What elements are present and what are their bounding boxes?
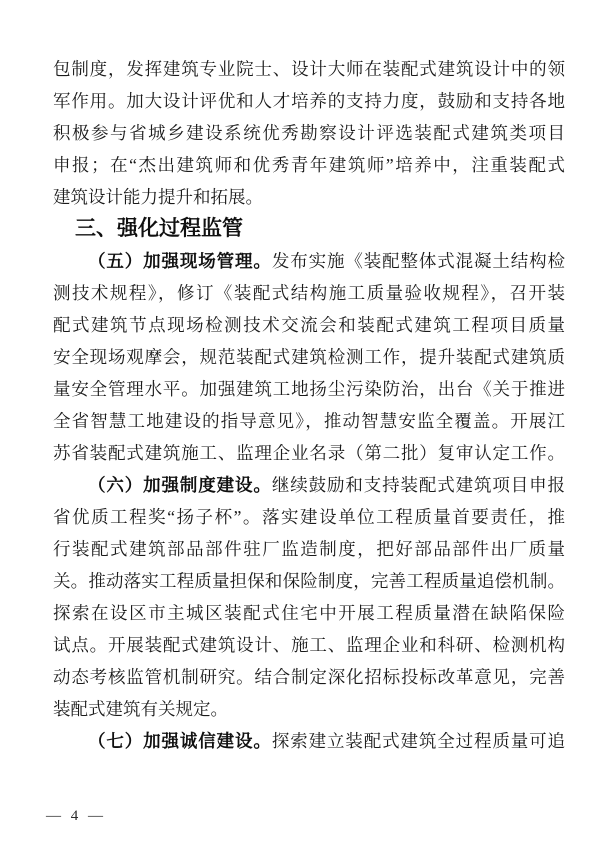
body-text: 军作用。加大设计评优和人才培养的支持力度，鼓励和支持各地 [53, 91, 565, 111]
body-text: 装配式建筑有关规定。 [53, 699, 228, 719]
body-text: 包制度，发挥建筑专业院士、设计大师在装配式建筑设计中的领 [53, 59, 565, 79]
text-line: （五）加强现场管理。发布实施《装配整体式混凝土结构检 [53, 245, 565, 277]
section-heading: 三、强化过程监管 [53, 213, 565, 245]
text-line: 关。推动落实工程质量担保和保险制度，完善工程质量追偿机制。 [53, 565, 565, 597]
body-text: 配式建筑节点现场检测技术交流会和装配式建筑工程项目质量 [53, 315, 565, 335]
text-line: 量安全管理水平。加强建筑工地扬尘污染防治，出台《关于推进 [53, 373, 565, 405]
paragraph-lead-text: 三、强化过程监管 [75, 217, 243, 240]
body-text: 安全现场观摩会，规范装配式建筑检测工作，提升装配式建筑质 [53, 347, 565, 367]
body-text: 申报；在“杰出建筑师和优秀青年建筑师”培养中，注重装配式 [53, 155, 565, 175]
body-text: 全省智慧工地建设的指导意见》，推动智慧安监全覆盖。开展江 [53, 411, 565, 431]
text-line: 积极参与省城乡建设系统优秀勘察设计评选装配式建筑类项目 [53, 117, 565, 149]
text-line: 建筑设计能力提升和拓展。 [53, 181, 565, 213]
text-line: 全省智慧工地建设的指导意见》，推动智慧安监全覆盖。开展江 [53, 405, 565, 437]
text-line: 军作用。加大设计评优和人才培养的支持力度，鼓励和支持各地 [53, 85, 565, 117]
body-text: 继续鼓励和支持装配式建筑项目申报 [272, 475, 565, 495]
paragraph-lead-text: （六）加强制度建设。 [88, 475, 272, 495]
body-text: 省优质工程奖“扬子杯”。落实建设单位工程质量首要责任，推 [53, 507, 565, 527]
body-text: 行装配式建筑部品部件驻厂监造制度，把好部品部件出厂质量 [53, 539, 565, 559]
body-text: 探索在设区市主城区装配式住宅中开展工程质量潜在缺陷保险 [53, 603, 565, 623]
document-body: 包制度，发挥建筑专业院士、设计大师在装配式建筑设计中的领军作用。加大设计评优和人… [53, 53, 565, 757]
text-line: 探索在设区市主城区装配式住宅中开展工程质量潜在缺陷保险 [53, 597, 565, 629]
body-text: 试点。开展装配式建筑设计、施工、监理企业和科研、检测机构 [53, 635, 565, 655]
text-line: （六）加强制度建设。继续鼓励和支持装配式建筑项目申报 [53, 469, 565, 501]
text-line: 配式建筑节点现场检测技术交流会和装配式建筑工程项目质量 [53, 309, 565, 341]
body-text: 探索建立装配式建筑全过程质量可追 [272, 731, 565, 751]
text-line: 申报；在“杰出建筑师和优秀青年建筑师”培养中，注重装配式 [53, 149, 565, 181]
text-line: 苏省装配式建筑施工、监理企业名录（第二批）复审认定工作。 [53, 437, 565, 469]
text-line: 测技术规程》，修订《装配式结构施工质量验收规程》，召开装 [53, 277, 565, 309]
text-line: 包制度，发挥建筑专业院士、设计大师在装配式建筑设计中的领 [53, 53, 565, 85]
text-line: 省优质工程奖“扬子杯”。落实建设单位工程质量首要责任，推 [53, 501, 565, 533]
body-text: 测技术规程》，修订《装配式结构施工质量验收规程》，召开装 [53, 283, 565, 303]
body-text: 苏省装配式建筑施工、监理企业名录（第二批）复审认定工作。 [53, 443, 565, 463]
paragraph-lead-text: （七）加强诚信建设。 [88, 731, 272, 751]
body-text: 积极参与省城乡建设系统优秀勘察设计评选装配式建筑类项目 [53, 123, 565, 143]
text-line: 行装配式建筑部品部件驻厂监造制度，把好部品部件出厂质量 [53, 533, 565, 565]
body-text: 量安全管理水平。加强建筑工地扬尘污染防治，出台《关于推进 [53, 379, 565, 399]
text-line: 试点。开展装配式建筑设计、施工、监理企业和科研、检测机构 [53, 629, 565, 661]
text-line: 装配式建筑有关规定。 [53, 693, 565, 725]
body-text: 建筑设计能力提升和拓展。 [53, 187, 263, 207]
page-number: — 4 — [46, 804, 106, 828]
text-line: （七）加强诚信建设。探索建立装配式建筑全过程质量可追 [53, 725, 565, 757]
body-text: 发布实施《装配整体式混凝土结构检 [272, 251, 565, 271]
text-line: 安全现场观摩会，规范装配式建筑检测工作，提升装配式建筑质 [53, 341, 565, 373]
document-page: 包制度，发挥建筑专业院士、设计大师在装配式建筑设计中的领军作用。加大设计评优和人… [0, 0, 603, 860]
body-text: 动态考核监管机制研究。结合制定深化招标投标改革意见，完善 [53, 667, 565, 687]
text-line: 动态考核监管机制研究。结合制定深化招标投标改革意见，完善 [53, 661, 565, 693]
paragraph-lead-text: （五）加强现场管理。 [88, 251, 272, 271]
body-text: 关。推动落实工程质量担保和保险制度，完善工程质量追偿机制。 [53, 571, 565, 591]
